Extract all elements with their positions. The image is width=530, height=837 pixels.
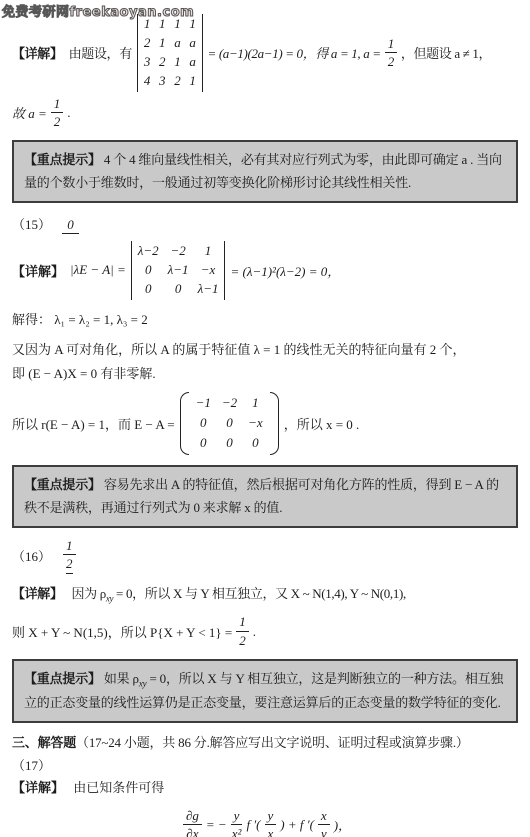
- fraction-denominator: 2: [54, 113, 61, 130]
- q14-intro-text: 由题设，有: [69, 43, 132, 62]
- matrix-cell: −x: [198, 263, 219, 278]
- q15-eigen-equation: 【详解】 |λE − A| = λ−2−21 0λ−1−x 00λ−1 = (λ…: [12, 241, 518, 300]
- q17-partial-derivative-equation: ∂g ∂x = − y x² f ′( y x ) + f ′( x y )，: [12, 808, 518, 837]
- equation-operator: = −: [206, 817, 227, 833]
- equation-close: )，: [334, 815, 351, 834]
- fraction-denominator: 2: [239, 632, 246, 649]
- matrix-cell: a: [189, 36, 195, 51]
- matrix-cell: 0: [222, 416, 237, 431]
- detail-paragraph-q17: 【详解】 由已知条件可得: [12, 778, 518, 798]
- detail-label: 【详解】: [12, 780, 64, 795]
- fraction-dg-dx: ∂g ∂x: [183, 808, 202, 837]
- q15-line3-post-text: ，所以 x = 0 .: [284, 414, 360, 433]
- fraction-numerator: 1: [236, 614, 249, 632]
- matrix-cell: 1: [159, 36, 165, 51]
- detail-label: 【详解】: [12, 586, 63, 601]
- determinant-3x3: λ−2−21 0λ−1−x 00λ−1: [131, 241, 226, 300]
- right-paren-shape: [270, 392, 279, 455]
- matrix-cell: −1: [196, 396, 211, 411]
- q16-answer-fraction: 1 2: [63, 538, 76, 574]
- q14-conclusion-period: .: [67, 105, 70, 121]
- matrix-cell: −2: [222, 396, 237, 411]
- fraction-numerator: 1: [51, 96, 64, 114]
- matrix-cell: 1: [189, 74, 195, 89]
- q17-intro-text: 由已知条件可得: [73, 780, 164, 795]
- q14-conclusion-text: 故 a =: [12, 103, 47, 122]
- hint-label: 【重点提示】: [24, 477, 101, 492]
- matrix-cell: a: [189, 55, 195, 70]
- document-page: 【详解】 由题设，有 1111 21aa 321a 4321 = (a−1)(2…: [0, 14, 530, 837]
- fraction-numerator: ∂g: [183, 808, 202, 826]
- detail-label: 【详解】: [12, 261, 64, 280]
- key-hint-box-1: 【重点提示】 4 个 4 维向量线性相关，必有其对应行列式为零，由此即可确定 a…: [12, 140, 518, 203]
- q15-line3-pre-text: 所以 r(E − A) = 1，而 E − A =: [12, 414, 175, 433]
- fraction-numerator: 1: [63, 538, 76, 556]
- q16-result-line: 则 X + Y ~ N(1,5)，所以 P{X + Y < 1} = 1 2 .: [12, 614, 518, 648]
- q15-answer-line: （15） 0: [12, 215, 518, 235]
- matrix-cell: 1: [248, 396, 263, 411]
- q14-equation-text: = (a−1)(2a−1) = 0，得 a = 1, a =: [208, 43, 381, 62]
- key-hint-box-3: 【重点提示】 如果 ρxy = 0，所以 X 与 Y 相互独立，这是判断独立的一…: [12, 659, 518, 723]
- matrix-cell: 3: [159, 74, 165, 89]
- matrix-cell: λ−1: [198, 282, 219, 297]
- fraction-one-half: 1 2: [51, 96, 64, 130]
- matrix-3x3-parenthesized: −1−21 00−x 000: [180, 392, 279, 455]
- q16-line2b-text: .: [253, 624, 256, 640]
- q16-line1b-text: = 0，所以 X 与 Y 相互独立，又 X ~ N(1,4), Y ~ N(0,…: [113, 586, 406, 601]
- q14-tail-text: ，但题设 a ≠ 1，: [401, 43, 491, 62]
- hint-label: 【重点提示】: [24, 152, 101, 167]
- equation-plus-fprime: ) + f ′(: [280, 817, 314, 833]
- matrix-cell: 0: [168, 282, 189, 297]
- q15-line2-text: 即 (E − A)X = 0 有非零解.: [12, 366, 156, 381]
- q16-answer-line: （16） 1 2: [12, 538, 518, 574]
- q15-solve-line: 解得： λ₁ = λ₂ = 1, λ₃ = 2: [12, 310, 518, 330]
- matrix-cell: 0: [222, 436, 237, 451]
- hint3a-text: 如果 ρ: [104, 671, 139, 686]
- watermark-freekaoyan: 免费考研网freekaoyan.com: [2, 1, 194, 20]
- detail-paragraph-q16: 【详解】 因为 ρxy = 0，所以 X 与 Y 相互独立，又 X ~ N(1,…: [12, 584, 518, 607]
- matrix-cell: −x: [248, 416, 263, 431]
- fraction-denominator: x: [268, 825, 274, 837]
- matrix-cell: 0: [196, 416, 211, 431]
- matrix-cell: a: [174, 36, 180, 51]
- q16-number: （16）: [12, 546, 51, 565]
- fraction-one-half: 1 2: [236, 614, 249, 648]
- detail-label: 【详解】: [12, 43, 63, 62]
- matrix-cell: 3: [144, 55, 150, 70]
- section-3-header: 三、解答题（17~24 小题，共 86 分.解答应写出文字说明、证明过程或演算步…: [12, 733, 518, 754]
- q15-answer: 0: [62, 217, 79, 234]
- matrix-cell: 1: [198, 244, 219, 259]
- matrix-cell: 2: [174, 74, 180, 89]
- q17-number-line: （17）: [12, 756, 518, 776]
- fraction-numerator: y: [265, 808, 277, 826]
- fraction-denominator: 2: [66, 555, 73, 574]
- section-3-description: （17~24 小题，共 86 分.解答应写出文字说明、证明过程或演算步骤.）: [76, 735, 469, 750]
- fraction-denominator: x²: [232, 825, 242, 837]
- q16-line1a-text: 因为 ρ: [72, 586, 106, 601]
- section-3-title: 三、解答题: [12, 735, 76, 750]
- q15-eq-lhs: |λE − A| =: [70, 262, 126, 278]
- matrix-cell: λ−1: [168, 263, 189, 278]
- q15-line1-text: 又因为 A 可对角化，所以 A 的属于特征值 λ = 1 的线性无关的特征向量有…: [12, 342, 465, 357]
- q16-line2a-text: 则 X + Y ~ N(1,5)，所以 P{X + Y < 1} =: [12, 622, 232, 641]
- left-paren-shape: [180, 392, 189, 455]
- determinant-4x4: 1111 21aa 321a 4321: [137, 14, 203, 92]
- matrix-cell: 1: [174, 55, 180, 70]
- fraction-numerator: 1: [385, 36, 397, 54]
- q17-number: （17）: [12, 758, 51, 773]
- matrix-cell: 0: [248, 436, 263, 451]
- matrix-cell: 0: [138, 263, 159, 278]
- q14-conclusion: 故 a = 1 2 .: [12, 96, 518, 130]
- fraction-denominator: ∂x: [186, 825, 198, 837]
- fraction-one-half: 1 2: [385, 36, 397, 70]
- fraction-numerator: x: [318, 808, 330, 826]
- matrix-cell: −2: [168, 244, 189, 259]
- matrix-cell: 4: [144, 74, 150, 89]
- fraction-denominator: 2: [388, 53, 394, 70]
- fraction-y-x2: y x²: [231, 808, 243, 837]
- matrix-cell: 2: [144, 36, 150, 51]
- matrix-cell: 2: [159, 55, 165, 70]
- fraction-numerator: y: [231, 808, 243, 826]
- matrix-cell: λ−2: [138, 244, 159, 259]
- q15-rank-line: 所以 r(E − A) = 1，而 E − A = −1−21 00−x 000…: [12, 392, 518, 455]
- hint-label: 【重点提示】: [24, 671, 101, 686]
- matrix-cell: 0: [196, 436, 211, 451]
- q15-reasoning-line1: 又因为 A 可对角化，所以 A 的属于特征值 λ = 1 的线性无关的特征向量有…: [12, 340, 518, 360]
- matrix-cell: 0: [138, 282, 159, 297]
- q15-reasoning-line2: 即 (E − A)X = 0 有非零解.: [12, 364, 518, 384]
- key-hint-box-2: 【重点提示】 容易先求出 A 的特征值，然后根据可对角化方阵的性质，得到 E −…: [12, 465, 518, 528]
- q15-solve-text: 解得： λ₁ = λ₂ = 1, λ₃ = 2: [12, 312, 148, 327]
- fraction-denominator: y: [321, 825, 327, 837]
- q15-number: （15）: [12, 217, 51, 232]
- fraction-y-x: y x: [265, 808, 277, 837]
- equation-fprime-open: f ′(: [246, 817, 260, 833]
- fraction-x-y: x y: [318, 808, 330, 837]
- detail-paragraph-q14: 【详解】 由题设，有 1111 21aa 321a 4321 = (a−1)(2…: [12, 14, 518, 92]
- q15-eq-rhs: = (λ−1)²(λ−2) = 0，: [230, 261, 340, 280]
